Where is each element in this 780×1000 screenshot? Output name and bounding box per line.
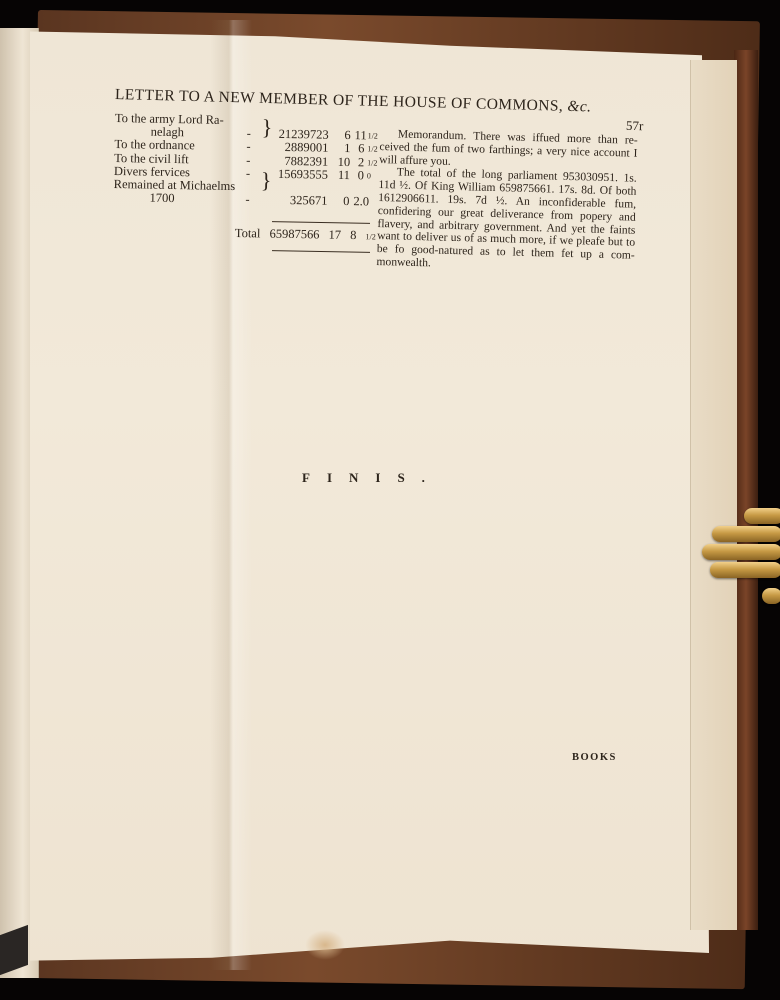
clip-finger — [744, 508, 780, 524]
finis-heading: FINIS. — [302, 470, 442, 486]
memorandum-text: Memorandum. There was iffued more than r… — [376, 128, 638, 275]
clip-finger — [712, 526, 780, 542]
leader-dash: - — [246, 167, 250, 180]
clip-finger — [762, 588, 780, 604]
amount-pence: 6 — [354, 143, 364, 156]
total-pence: 8 — [350, 228, 356, 242]
amount-fraction: 1/2 — [367, 156, 377, 169]
amount-fraction: 1/2 — [367, 143, 377, 156]
amount-pence: 2 — [354, 156, 364, 169]
running-head-etc: &c. — [567, 98, 591, 116]
row-label-cont: 1700 — [149, 192, 174, 206]
total-shillings: 17 — [329, 228, 342, 242]
total-pounds: 65987566 — [269, 227, 319, 242]
total-row: Total 65987566 17 8 1/2 — [235, 226, 382, 244]
brace-glyph: } — [261, 170, 272, 192]
next-leaf-edge — [690, 60, 737, 930]
page-number: 57r — [626, 118, 644, 134]
total-label: Total — [235, 226, 261, 240]
amount-pence: 2.0 — [353, 195, 363, 208]
amount-pence: 0 — [354, 169, 364, 182]
amount-pounds: 2889001 — [272, 141, 328, 155]
brass-page-clip — [700, 500, 780, 610]
totals-paragraph: The total of the long parliament 9530309… — [376, 166, 637, 275]
leader-dash: - — [245, 193, 249, 206]
accounts-table: To the army Lord Ra- nelagh - 21239723 6… — [113, 112, 375, 209]
total-fraction: 1/2 — [366, 232, 376, 241]
amount-pounds: 15693555 — [272, 167, 328, 181]
leader-dash: - — [246, 154, 250, 167]
amount-pounds: 325671 — [271, 194, 327, 208]
amount-fraction: 1/2 — [368, 130, 378, 143]
amount-shillings: 1 — [332, 142, 350, 156]
amount-shillings: 0 — [331, 195, 349, 209]
amount-fraction: 0 — [367, 169, 371, 182]
brace-glyph: } — [262, 117, 273, 139]
leader-dash: - — [246, 141, 250, 154]
foxing-stain — [305, 930, 345, 960]
clip-finger — [702, 544, 780, 560]
clip-finger — [710, 562, 780, 578]
amount-shillings: 10 — [332, 155, 350, 169]
cover-fore-edge — [734, 50, 758, 930]
amount-shillings: 11 — [332, 169, 350, 183]
catchword: BOOKS — [572, 752, 617, 763]
book-photo: LETTER TO A NEW MEMBER OF THE HOUSE OF C… — [0, 0, 780, 1000]
